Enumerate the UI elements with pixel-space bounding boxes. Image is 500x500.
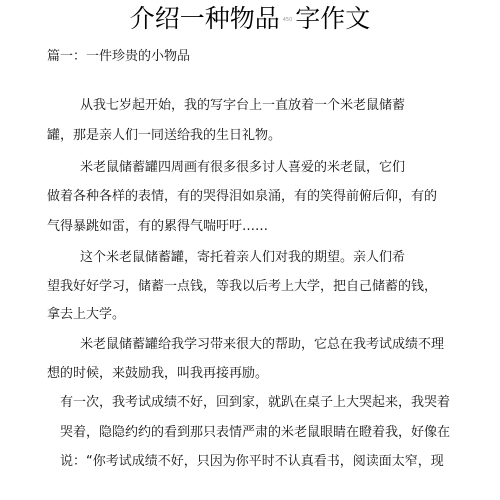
section-heading: 篇一：一件珍贵的小物品 (47, 48, 190, 66)
text-line: 米老鼠储蓄罐给我学习带来很大的帮助，它总在我考试成绩不理 (80, 336, 444, 354)
text-line: 从我七岁起开始，我的写字台上一直放着一个米老鼠储蓄 (80, 97, 405, 115)
text-line: 气得暴跳如雷，有的累得气喘吁吁…… (47, 218, 268, 236)
document-title: 介绍一种物品450字作文 (0, 2, 500, 37)
text-line: 做着各种各样的表情，有的哭得泪如泉涌，有的笑得前俯后仰，有的 (47, 188, 437, 206)
text-line: 有一次，我考试成绩不好，回到家，就趴在桌子上大哭起来，我哭着 (60, 394, 450, 412)
text-line: 拿去上大学。 (47, 306, 125, 324)
title-main: 介绍一种物品 (130, 4, 280, 33)
title-end: 字作文 (295, 4, 370, 33)
title-word-count: 450 (283, 17, 293, 23)
text-line: 哭着，隐隐约约的看到那只表情严肃的米老鼠眼睛在瞪着我，好像在 (60, 424, 450, 442)
text-line: 望我好好学习，储蓄一点钱，等我以后考上大学，把自己储蓄的钱， (47, 278, 437, 296)
text-line: 米老鼠储蓄罐四周画有很多很多讨人喜爱的米老鼠，它们 (80, 159, 405, 177)
text-line: 这个米老鼠储蓄罐，寄托着亲人们对我的期望。亲人们希 (80, 249, 405, 267)
text-line: 罐，那是亲人们一同送给我的生日礼物。 (47, 127, 281, 145)
text-line: 说：“你考试成绩不好，只因为你平时不认真看书，阅读面太窄，现 (60, 453, 444, 471)
text-line: 想的时候，来鼓励我，叫我再接再励。 (47, 365, 268, 383)
